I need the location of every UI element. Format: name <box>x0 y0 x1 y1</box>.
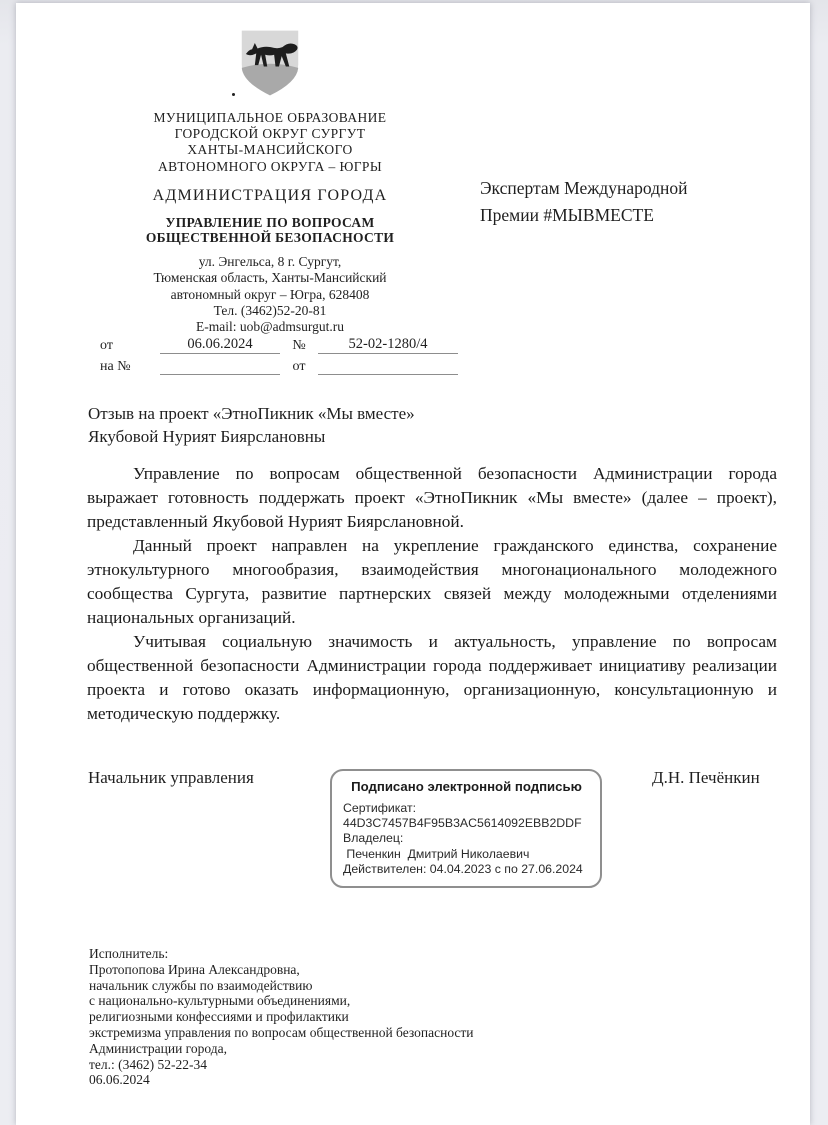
emblem-dot-artifact <box>232 93 235 96</box>
department-title: УПРАВЛЕНИЕ ПО ВОПРОСАМ ОБЩЕСТВЕННОЙ БЕЗО… <box>104 215 436 246</box>
reference-block: от 06.06.2024 № 52-02-1280/4 на № от <box>100 333 458 375</box>
org-name-line: АВТОНОМНОГО ОКРУГА – ЮГРЫ <box>104 159 436 175</box>
surgut-coat-of-arms <box>239 28 301 98</box>
recipient-line: Премии #МЫВМЕСТЕ <box>480 202 790 229</box>
ref-date-label: от <box>100 338 160 354</box>
address-line: автономный округ – Югра, 628408 <box>104 287 436 303</box>
org-name-line: МУНИЦИПАЛЬНОЕ ОБРАЗОВАНИЕ <box>104 110 436 126</box>
address-block: ул. Энгельса, 8 г. Сургут, Тюменская обл… <box>104 254 436 336</box>
ref-number-value: 52-02-1280/4 <box>318 336 458 354</box>
stamp-title: Подписано электронной подписью <box>343 779 590 794</box>
executor-line: начальник службы по взаимодействию <box>89 978 474 994</box>
executor-date: 06.06.2024 <box>89 1072 474 1088</box>
address-line: ул. Энгельса, 8 г. Сургут, <box>104 254 436 270</box>
executor-line: религиозными конфессиями и профилактики <box>89 1009 474 1025</box>
ref-reply-number-value <box>160 357 280 375</box>
executor-line: Исполнитель: <box>89 946 474 962</box>
org-name-line: ГОРОДСКОЙ ОКРУГ СУРГУТ <box>104 126 436 142</box>
department-line: УПРАВЛЕНИЕ ПО ВОПРОСАМ <box>104 215 436 231</box>
signatory-position: Начальник управления <box>88 768 254 788</box>
letterhead: МУНИЦИПАЛЬНОЕ ОБРАЗОВАНИЕ ГОРОДСКОЙ ОКРУ… <box>104 28 436 336</box>
body-paragraph: Управление по вопросам общественной безо… <box>87 462 777 534</box>
certificate-label: Сертификат: <box>343 801 590 816</box>
certificate-value: 44D3C7457B4F95B3AC5614092EBB2DDF <box>343 816 590 831</box>
letter-page: МУНИЦИПАЛЬНОЕ ОБРАЗОВАНИЕ ГОРОДСКОЙ ОКРУ… <box>16 3 810 1125</box>
ref-reply-label: на № <box>100 359 160 375</box>
body-paragraph: Учитывая социальную значимость и актуаль… <box>87 630 777 726</box>
owner-label: Владелец: <box>343 831 590 846</box>
digital-signature-stamp: Подписано электронной подписью Сертифика… <box>330 769 602 888</box>
owner-value: Печенкин Дмитрий Николаевич <box>343 847 590 862</box>
signatory-name: Д.Н. Печёнкин <box>652 768 760 788</box>
reference-row: от 06.06.2024 № 52-02-1280/4 <box>100 333 458 354</box>
body-paragraph: Данный проект направлен на укрепление гр… <box>87 534 777 630</box>
address-line: Тюменская область, Ханты-Мансийский <box>104 270 436 286</box>
org-name-line: ХАНТЫ-МАНСИЙСКОГО <box>104 142 436 158</box>
executor-line: Администрации города, <box>89 1041 474 1057</box>
ref-date-value: 06.06.2024 <box>160 336 280 354</box>
administration-title: АДМИНИСТРАЦИЯ ГОРОДА <box>104 186 436 205</box>
recipient-line: Экспертам Международной <box>480 175 790 202</box>
executor-line: экстремизма управления по вопросам общес… <box>89 1025 474 1041</box>
ref-number-label: № <box>280 338 318 354</box>
subject-line: Якубовой Нурият Биярслановны <box>88 426 568 449</box>
subject-line: Отзыв на проект «ЭтноПикник «Мы вместе» <box>88 403 568 426</box>
validity-line: Действителен: 04.04.2023 с по 27.06.2024 <box>343 862 590 877</box>
executor-block: Исполнитель: Протопопова Ирина Александр… <box>89 946 474 1088</box>
executor-phone: тел.: (3462) 52-22-34 <box>89 1057 474 1073</box>
phone-line: Тел. (3462)52-20-81 <box>104 303 436 319</box>
ref-reply-date-value <box>318 357 458 375</box>
executor-line: с национально-культурными объединениями, <box>89 993 474 1009</box>
ref-reply-date-label: от <box>280 359 318 375</box>
reference-row: на № от <box>100 354 458 375</box>
letter-body: Управление по вопросам общественной безо… <box>87 462 777 726</box>
executor-line: Протопопова Ирина Александровна, <box>89 962 474 978</box>
recipient-block: Экспертам Международной Премии #МЫВМЕСТЕ <box>480 175 790 229</box>
department-line: ОБЩЕСТВЕННОЙ БЕЗОПАСНОСТИ <box>104 230 436 246</box>
subject-block: Отзыв на проект «ЭтноПикник «Мы вместе» … <box>88 403 568 448</box>
